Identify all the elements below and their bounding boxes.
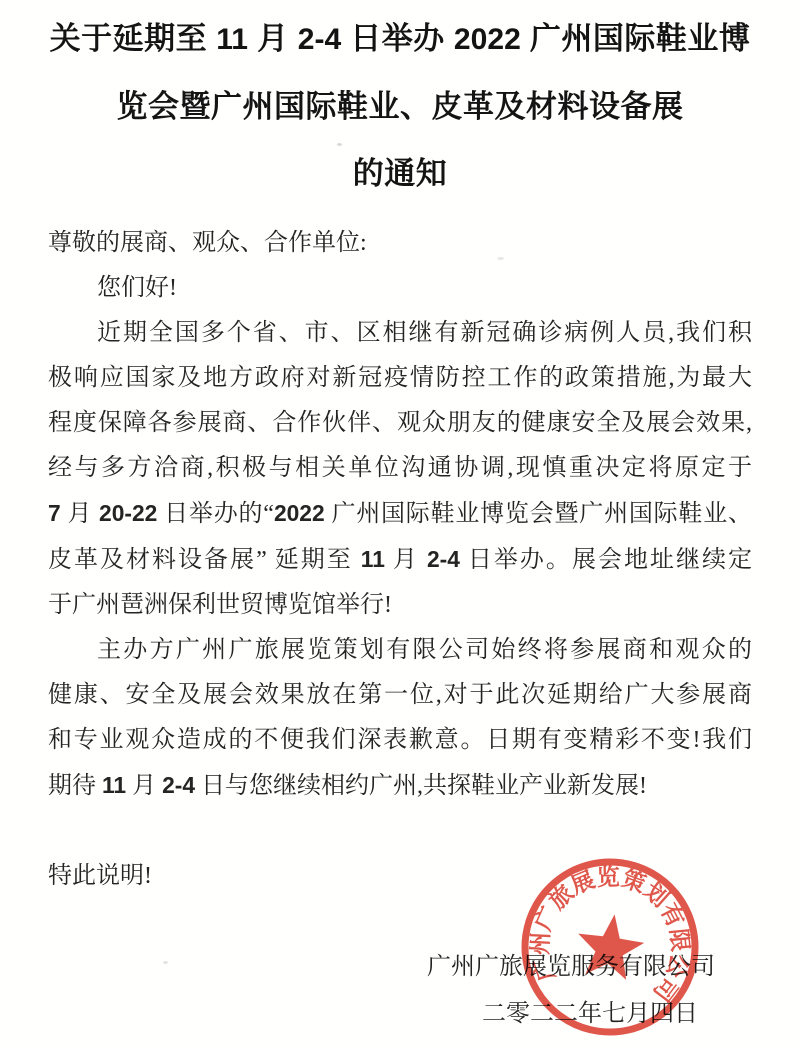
body-line: 期待 11 月 2-4 日与您继续相约广州,共探鞋业产业新发展! — [48, 763, 752, 809]
title-line-2: 览会暨广州国际鞋业、皮革及材料设备展 — [48, 78, 752, 135]
body-line: 经与多方洽商,积极与相关单位沟通协调,现慎重决定将原定于 — [48, 446, 752, 491]
scan-speck — [337, 143, 342, 146]
greeting-line: 您们好! — [48, 266, 752, 311]
body-line: 健康、安全及展会效果放在第一位,对于此次延期给广大参展商 — [48, 673, 752, 718]
body-line: 和专业观众造成的不便我们深表歉意。日期有变精彩不变!我们 — [48, 718, 752, 763]
body-line: 程度保障各参展商、合作伙伴、观众朋友的健康安全及展会效果, — [48, 401, 752, 446]
notice-title: 关于延期至 11 月 2-4 日举办 2022 广州国际鞋业博 览会暨广州国际鞋… — [48, 10, 752, 202]
scan-speck — [163, 961, 168, 964]
scan-speck — [497, 257, 504, 260]
signature-company: 广州广旅展览服务有限公司 — [48, 945, 752, 990]
body-line: 极响应国家及地方政府对新冠疫情防控工作的政策措施,为最大 — [48, 356, 752, 401]
body-line: 于广州琶洲保利世贸博览馆举行! — [48, 583, 752, 628]
body-line: 主办方广州广旅展览策划有限公司始终将参展商和观众的 — [48, 628, 752, 673]
body-line: 近期全国多个省、市、区相继有新冠确诊病例人员,我们积 — [48, 311, 752, 356]
notice-document: 关于延期至 11 月 2-4 日举办 2022 广州国际鞋业博 览会暨广州国际鞋… — [0, 0, 800, 1048]
title-line-3: 的通知 — [48, 145, 752, 202]
salutation-line: 尊敬的展商、观众、合作单位: — [48, 221, 752, 266]
signature-date: 二零二二年七月四日 — [48, 990, 752, 1038]
notice-body: 尊敬的展商、观众、合作单位: 您们好! 近期全国多个省、市、区相继有新冠确诊病例… — [48, 221, 752, 809]
title-line-1: 关于延期至 11 月 2-4 日举办 2022 广州国际鞋业博 — [48, 10, 752, 68]
body-line: 皮革及材料设备展” 延期至 11 月 2-4 日举办。展会地址继续定 — [48, 537, 752, 583]
body-line: 7 月 20-22 日举办的“2022 广州国际鞋业博览会暨广州国际鞋业、 — [48, 491, 752, 537]
closing-statement: 特此说明! — [48, 854, 752, 899]
